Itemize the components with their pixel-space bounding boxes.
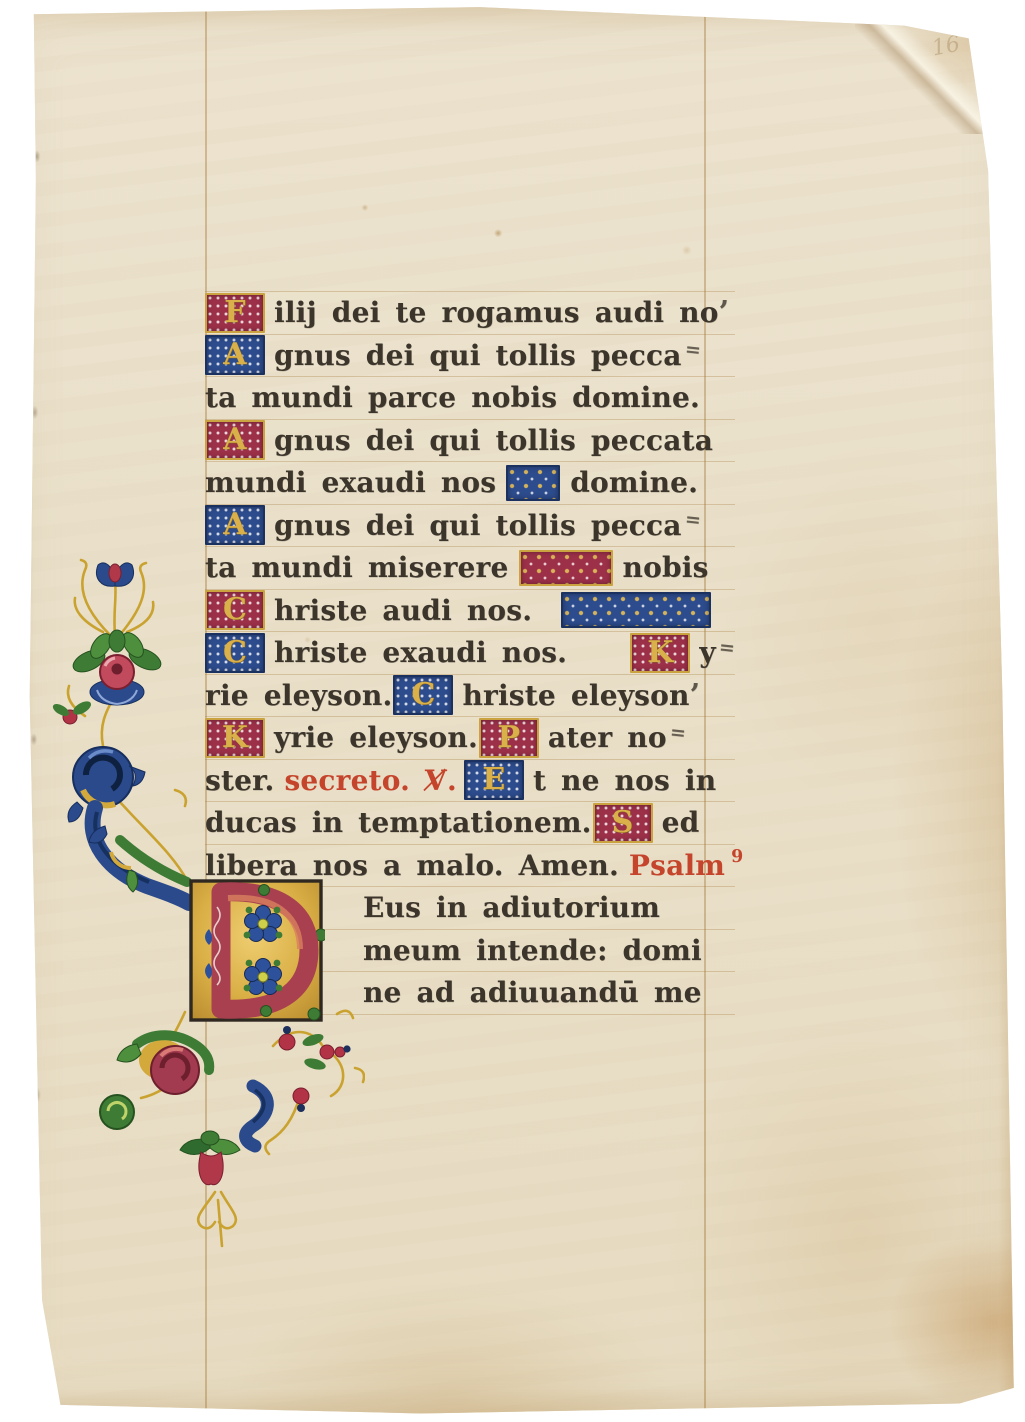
vellum-leaf: 16 Filij dei te rogamus audi no’Agnus de… [0, 0, 1025, 1422]
text-span: domine. [570, 466, 698, 499]
illuminated-initial-e: E [464, 760, 524, 800]
manuscript-text-line: ta mundi parce nobis domine. [205, 376, 735, 419]
line-end-hyphen: = [683, 338, 701, 362]
manuscript-photo: { "page": { "folio_annotation": "16", "l… [0, 0, 1025, 1422]
illuminated-initial-f: F [205, 293, 265, 333]
blue-rosette-icon [244, 906, 283, 942]
illuminated-initial-d [187, 877, 325, 1024]
folio-number-inscription: 16 [930, 32, 962, 62]
manuscript-text-line: mundi exaudi nosdomine. [205, 461, 735, 504]
acanthus-scroll-crimson-icon [100, 1035, 209, 1129]
text-span: meum intende: domi [363, 934, 702, 967]
blue-rosette-icon [244, 959, 283, 995]
gold-foliate-line-filler [519, 550, 613, 586]
text-span: ta mundi parce nobis domine. [205, 381, 700, 414]
text-span: Eus in adiutorium [363, 891, 660, 924]
gold-floral-line-filler [506, 465, 560, 501]
illuminated-initial-a: A [205, 335, 265, 375]
rubric-abbreviation: 9 [731, 847, 743, 867]
text-span: gnus dei qui tollis peccata [274, 424, 713, 457]
leaf-poke-icon [308, 1008, 320, 1020]
illuminated-initial-k: K [630, 633, 690, 673]
pen-flourish: ’ [690, 678, 701, 713]
rubric-span: Psalm [629, 849, 725, 882]
green-knot-icon [261, 1006, 272, 1017]
corner-crease [855, 14, 997, 134]
line-end-hyphen: = [669, 721, 687, 745]
text-span: gnus dei qui tollis pecca [274, 509, 682, 542]
gold-foliate-line-filler [561, 592, 711, 628]
tulip-flower-icon [97, 563, 134, 586]
text-span: nobis [623, 551, 709, 584]
text-span: ed [662, 806, 700, 839]
text-span: hriste eleyson [462, 679, 689, 712]
illuminated-initial-a: A [205, 420, 265, 460]
text-span: y [699, 636, 715, 669]
green-knot-icon [259, 885, 270, 896]
text-span: ilij dei te rogamus audi no [274, 296, 719, 329]
pen-flourish: ’ [719, 295, 730, 330]
text-span: t ne nos in [533, 764, 716, 797]
manuscript-text-line: Filij dei te rogamus audi no’ [205, 291, 735, 334]
manuscript-text-line: Agnus dei qui tollis peccata [205, 419, 735, 462]
blue-leaf-icon [246, 1086, 268, 1146]
acanthus-scroll-blue-icon [68, 747, 145, 822]
illuminated-initial-p: P [479, 718, 539, 758]
line-end-hyphen: = [718, 636, 736, 660]
text-span: ater no [548, 721, 667, 754]
text-span: mundi exaudi nos [205, 466, 496, 499]
text-span: gnus dei qui tollis pecca [274, 339, 682, 372]
rosette-flower-icon [70, 629, 164, 705]
text-span: ne ad adiuuandū me [363, 976, 702, 1009]
line-end-hyphen: = [683, 508, 701, 532]
berries-icon [279, 1026, 351, 1112]
illuminated-initial-s: S [593, 803, 653, 843]
hanging-flower-icon [180, 1131, 240, 1185]
illuminated-initial-c: C [393, 675, 453, 715]
manuscript-text-line: Agnus dei qui tollis pecca= [205, 334, 735, 377]
